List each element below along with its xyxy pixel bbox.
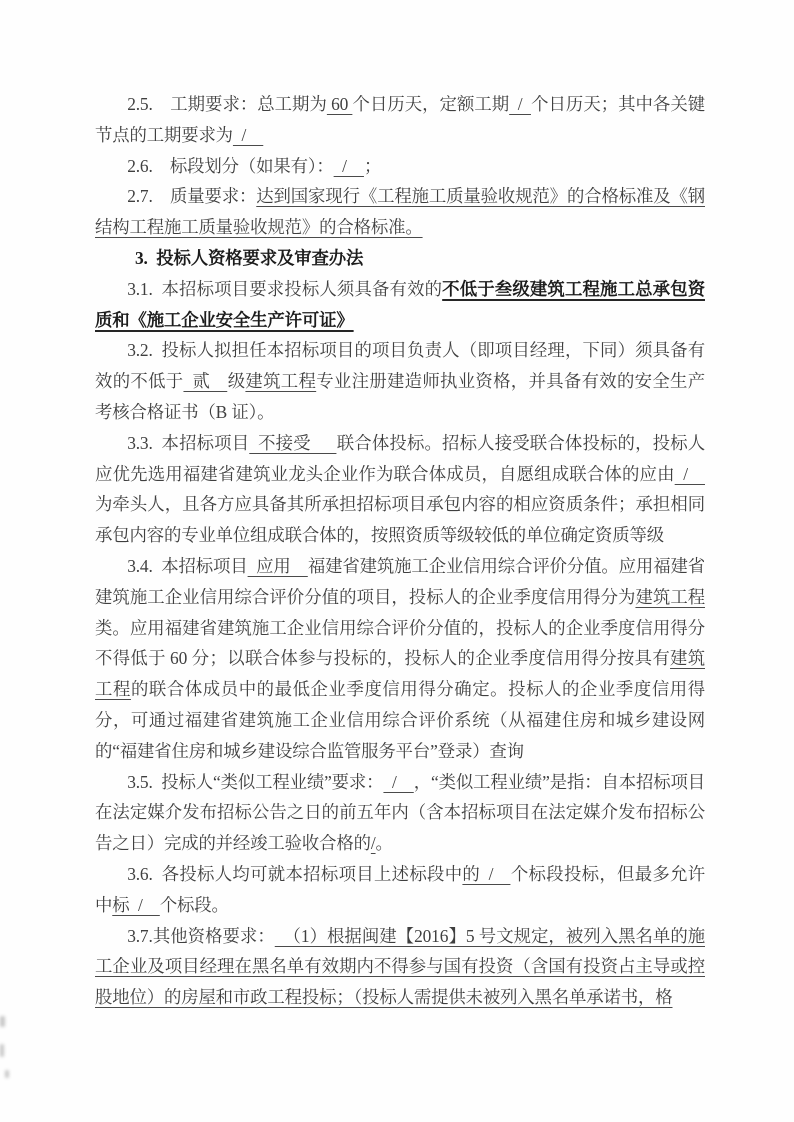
text-run: 级: [227, 371, 245, 391]
clause-3-6-bid-sections: 3.6. 各投标人均可就本招标项目上述标段中的 / 个标段投标，但最多允许中标 …: [95, 859, 705, 921]
clause-2-5-duration-requirement: 2.5. 工期要求：总工期为 60 个日历天，定额工期 / 个日历天；其中各关键…: [95, 89, 705, 151]
clause-2-7-quality-requirement: 2.7. 质量要求：达到国家现行《工程施工质量验收规范》的合格标准及《钢结构工程…: [95, 181, 705, 243]
underlined-text-run: 建筑工程: [245, 371, 316, 391]
text-run: 个日历天，定额工期: [352, 94, 509, 114]
underlined-text-run: 不接受: [249, 433, 336, 453]
heading-3-bidder-qualification: 3. 投标人资格要求及审查办法: [95, 243, 705, 274]
underlined-text-run: 贰: [183, 371, 227, 391]
document-page: 2.5. 工期要求：总工期为 60 个日历天，定额工期 / 个日历天；其中各关键…: [0, 0, 794, 1122]
text-run: 3.7.其他资格要求：: [127, 926, 275, 946]
scan-artifact: [5, 1070, 9, 1078]
underlined-text-run: /: [233, 125, 263, 145]
text-run: 。: [376, 833, 393, 853]
clause-3-7-other-requirements: 3.7.其他资格要求： （1）根据闽建【2016】5 号文规定，被列入黑名单的施…: [95, 921, 705, 1013]
document-body: 2.5. 工期要求：总工期为 60 个日历天，定额工期 / 个日历天；其中各关键…: [95, 89, 705, 1049]
underlined-text-run: 建筑工程: [635, 587, 705, 607]
scan-artifact: [0, 1044, 4, 1057]
underlined-text-run: /: [509, 94, 531, 114]
clause-3-4-credit-score: 3.4. 本招标项目 应用 福建省建筑施工企业信用综合评价分值。应用福建省建筑施…: [95, 551, 705, 767]
text-run: 3.3. 本招标项目: [127, 433, 249, 453]
text-run: 3.4. 本招标项目: [127, 556, 247, 576]
text-run: 2.7. 质量要求：: [127, 186, 256, 206]
underlined-text-run: 标 /: [112, 895, 160, 915]
underlined-text-run: 应用: [248, 556, 308, 576]
clause-3-2-project-manager: 3.2. 投标人拟担任本招标项目的项目负责人（即项目经理，下同）须具备有效的不低…: [95, 335, 705, 427]
underlined-text-run: 的 /: [462, 864, 510, 884]
text-run: 3. 投标人资格要求及审查办法: [135, 248, 363, 268]
text-run: 类。应用福建省建筑施工企业信用综合评价分值的，投标人的企业季度信用得分不得低于 …: [95, 618, 705, 669]
clause-3-1-qualification: 3.1. 本招标项目要求投标人须具备有效的不低于叁级建筑工程施工总承包资质和《施…: [95, 274, 705, 336]
text-run: 个标段。: [160, 895, 229, 915]
underlined-text-run: /: [334, 156, 364, 176]
clause-3-5-similar-project-record: 3.5. 投标人“类似工程业绩”要求： / ，“类似工程业绩”是指：自本招标项目…: [95, 767, 705, 859]
scan-artifact: [0, 1016, 5, 1027]
underlined-text-run: /: [383, 772, 413, 792]
text-run: 3.5. 投标人“类似工程业绩”要求：: [127, 772, 383, 792]
text-run: 2.6. 标段划分（如果有）：: [127, 156, 333, 176]
text-run: 3.6. 各投标人均可就本招标项目上述标段中: [127, 864, 462, 884]
underlined-text-run: 60: [327, 94, 353, 114]
text-run: ；: [364, 156, 381, 176]
clause-3-3-consortium: 3.3. 本招标项目 不接受 联合体投标。招标人接受联合体投标的，投标人应优先选…: [95, 428, 705, 551]
text-run: 3.1. 本招标项目要求投标人须具备有效的: [127, 279, 442, 299]
text-run: 的联合体成员中的最低企业季度信用得分确定。投标人的企业季度信用得分，可通过福建省…: [95, 679, 705, 761]
text-run: 为牵头人，且各方应具备其所承担招标项目承包内容的相应资质条件；承担相同承包内容的…: [95, 494, 705, 545]
clause-2-6-section-division: 2.6. 标段划分（如果有）： / ；: [95, 151, 705, 182]
text-run: 2.5. 工期要求：总工期为: [127, 94, 327, 114]
underlined-text-run: /: [675, 464, 705, 484]
